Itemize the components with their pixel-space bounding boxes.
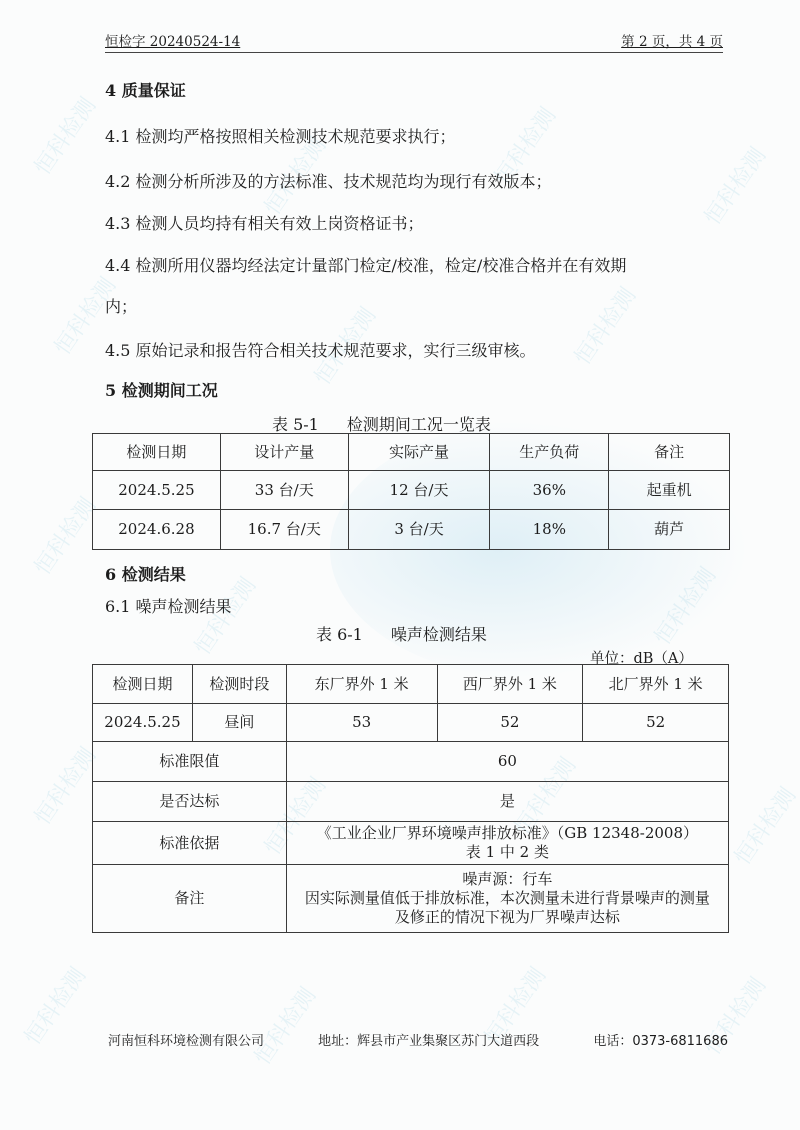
header-cell: 检测时段 bbox=[192, 665, 286, 704]
quality-item-4-4-cont: 内； bbox=[105, 294, 137, 317]
company-phone: 电话：0373-6811686 bbox=[593, 1030, 728, 1049]
basis-line-2: 表 1 中 2 类 bbox=[287, 843, 728, 862]
west-value-cell: 52 bbox=[437, 704, 583, 742]
document-number: 恒检字 20240524-14 bbox=[105, 30, 240, 50]
actual-output-cell: 3 台/天 bbox=[348, 510, 490, 550]
page-header: 恒检字 20240524-14 第 2 页，共 4 页 bbox=[105, 30, 723, 53]
working-conditions-table: 检测日期 设计产量 实际产量 生产负荷 备注 2024.5.25 33 台/天 … bbox=[92, 433, 730, 550]
remark-line-2: 因实际测量值低于排放标准，本次测量未进行背景噪声的测量 bbox=[287, 889, 728, 908]
compliance-label: 是否达标 bbox=[93, 782, 287, 822]
remark-line-3: 及修正的情况下视为厂界噪声达标 bbox=[287, 908, 728, 927]
page-indicator: 第 2 页，共 4 页 bbox=[621, 30, 723, 50]
limit-label: 标准限值 bbox=[93, 742, 287, 782]
quality-item-4-1: 4.1 检测均严格按照相关检测技术规范要求执行； bbox=[105, 124, 456, 147]
section-6-title: 6 检测结果 bbox=[105, 562, 186, 585]
header-cell: 生产负荷 bbox=[490, 434, 609, 471]
company-name: 河南恒科环境检测有限公司 bbox=[108, 1030, 264, 1049]
page-footer: 河南恒科环境检测有限公司 地址：辉县市产业集聚区苏门大道西段 电话：0373-6… bbox=[108, 1030, 728, 1049]
compliance-row: 是否达标 是 bbox=[93, 782, 729, 822]
remark-row: 备注 噪声源：行车 因实际测量值低于排放标准，本次测量未进行背景噪声的测量 及修… bbox=[93, 865, 729, 933]
table-caption-number: 表 5-1 bbox=[272, 415, 319, 434]
header-cell: 检测日期 bbox=[93, 665, 193, 704]
north-value-cell: 52 bbox=[583, 704, 729, 742]
date-cell: 2024.5.25 bbox=[93, 471, 221, 510]
table-header-row: 检测日期 设计产量 实际产量 生产负荷 备注 bbox=[93, 434, 730, 471]
basis-label: 标准依据 bbox=[93, 822, 287, 865]
quality-item-4-2: 4.2 检测分析所涉及的方法标准、技术规范均为现行有效版本； bbox=[105, 169, 552, 192]
table-row: 2024.5.25 昼间 53 52 52 bbox=[93, 704, 729, 742]
noise-results-table: 检测日期 检测时段 东厂界外 1 米 西厂界外 1 米 北厂界外 1 米 202… bbox=[92, 664, 729, 933]
section-4-title: 4 质量保证 bbox=[105, 78, 186, 101]
compliance-value: 是 bbox=[286, 782, 728, 822]
header-cell: 东厂界外 1 米 bbox=[286, 665, 437, 704]
design-output-cell: 33 台/天 bbox=[220, 471, 348, 510]
header-cell: 北厂界外 1 米 bbox=[583, 665, 729, 704]
header-cell: 西厂界外 1 米 bbox=[437, 665, 583, 704]
header-cell: 备注 bbox=[609, 434, 730, 471]
design-output-cell: 16.7 台/天 bbox=[220, 510, 348, 550]
table-caption-text: 噪声检测结果 bbox=[391, 625, 487, 644]
basis-value: 《工业企业厂界环境噪声排放标准》（GB 12348-2008） 表 1 中 2 … bbox=[286, 822, 728, 865]
remark-cell: 葫芦 bbox=[609, 510, 730, 550]
table-header-row: 检测日期 检测时段 东厂界外 1 米 西厂界外 1 米 北厂界外 1 米 bbox=[93, 665, 729, 704]
table-row: 2024.5.25 33 台/天 12 台/天 36% 起重机 bbox=[93, 471, 730, 510]
table-row: 2024.6.28 16.7 台/天 3 台/天 18% 葫芦 bbox=[93, 510, 730, 550]
section-6-1-title: 6.1 噪声检测结果 bbox=[105, 594, 232, 617]
header-cell: 设计产量 bbox=[220, 434, 348, 471]
table-caption-text: 检测期间工况一览表 bbox=[347, 415, 491, 434]
report-page: 恒检字 20240524-14 第 2 页，共 4 页 4 质量保证 4.1 检… bbox=[0, 0, 800, 1130]
table-6-1-caption: 表 6-1噪声检测结果 bbox=[316, 622, 487, 645]
actual-output-cell: 12 台/天 bbox=[348, 471, 490, 510]
quality-item-4-3: 4.3 检测人员均持有相关有效上岗资格证书； bbox=[105, 211, 424, 234]
limit-row: 标准限值 60 bbox=[93, 742, 729, 782]
header-cell: 检测日期 bbox=[93, 434, 221, 471]
remark-cell: 起重机 bbox=[609, 471, 730, 510]
date-cell: 2024.5.25 bbox=[93, 704, 193, 742]
load-cell: 36% bbox=[490, 471, 609, 510]
table-5-1-caption: 表 5-1检测期间工况一览表 bbox=[272, 412, 491, 435]
load-cell: 18% bbox=[490, 510, 609, 550]
section-5-title: 5 检测期间工况 bbox=[105, 378, 218, 401]
limit-value: 60 bbox=[286, 742, 728, 782]
remark-value: 噪声源：行车 因实际测量值低于排放标准，本次测量未进行背景噪声的测量 及修正的情… bbox=[286, 865, 728, 933]
quality-item-4-4: 4.4 检测所用仪器均经法定计量部门检定/校准，检定/校准合格并在有效期 bbox=[105, 253, 626, 276]
table-caption-number: 表 6-1 bbox=[316, 625, 363, 644]
remark-label: 备注 bbox=[93, 865, 287, 933]
quality-item-4-5: 4.5 原始记录和报告符合相关技术规范要求，实行三级审核。 bbox=[105, 338, 536, 361]
basis-row: 标准依据 《工业企业厂界环境噪声排放标准》（GB 12348-2008） 表 1… bbox=[93, 822, 729, 865]
period-cell: 昼间 bbox=[192, 704, 286, 742]
remark-line-1: 噪声源：行车 bbox=[287, 870, 728, 889]
basis-line-1: 《工业企业厂界环境噪声排放标准》（GB 12348-2008） bbox=[287, 824, 728, 843]
header-cell: 实际产量 bbox=[348, 434, 490, 471]
company-address: 地址：辉县市产业集聚区苏门大道西段 bbox=[318, 1030, 539, 1049]
east-value-cell: 53 bbox=[286, 704, 437, 742]
date-cell: 2024.6.28 bbox=[93, 510, 221, 550]
